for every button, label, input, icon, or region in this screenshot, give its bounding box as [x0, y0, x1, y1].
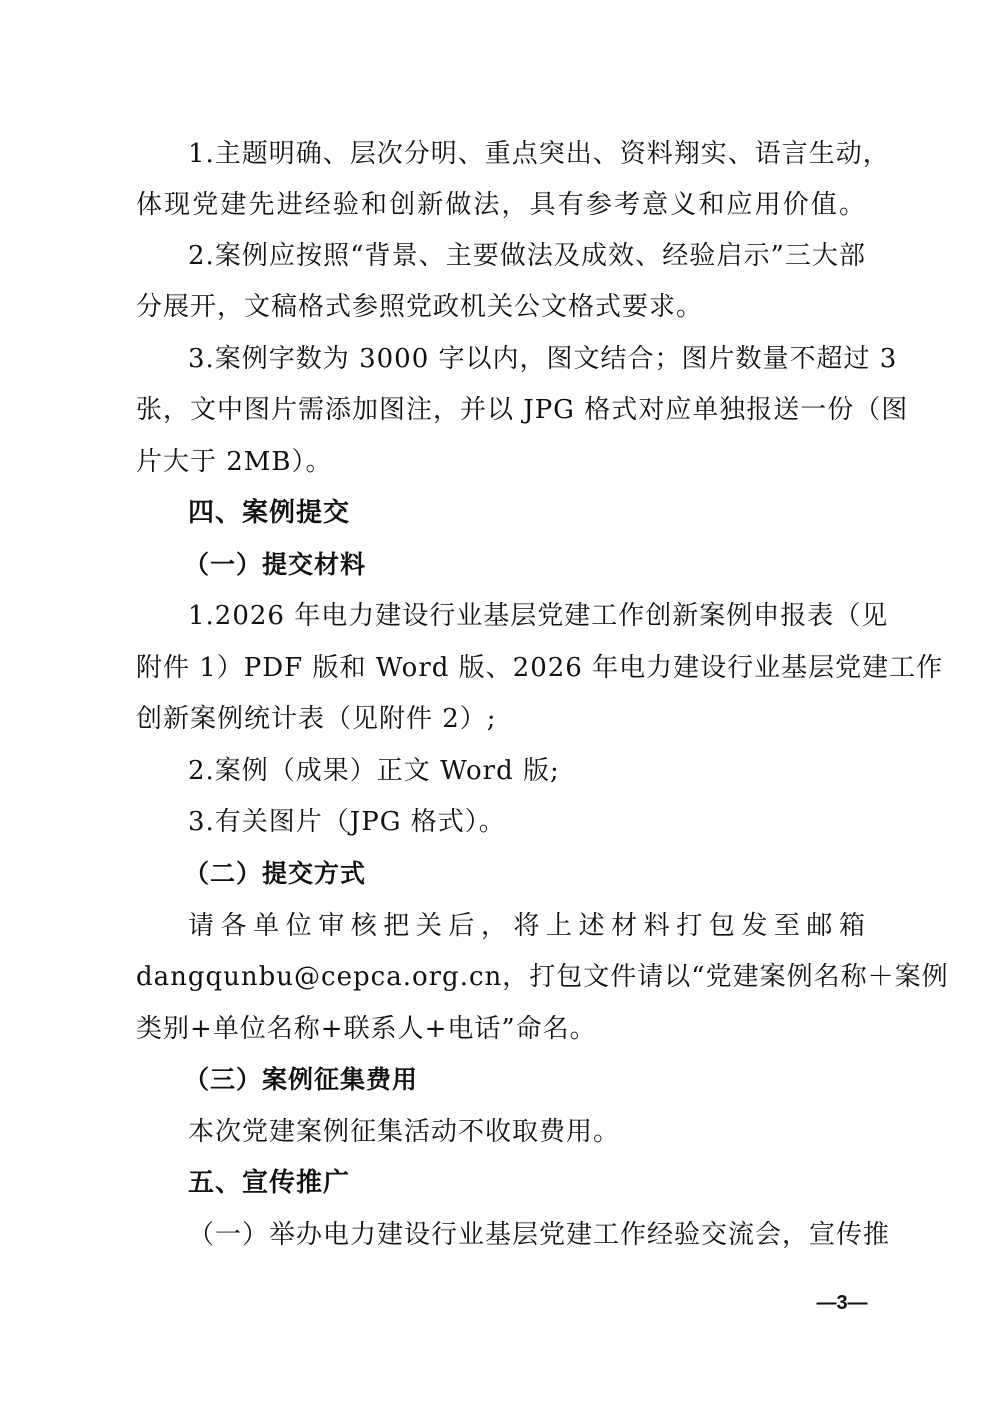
- material-1-line-1: 1.2026 年电力建设行业基层党建工作创新案例申报表（见: [188, 600, 866, 632]
- section-4-3-heading: （三）案例征集费用: [184, 1064, 862, 1096]
- section-4-2-heading: （二）提交方式: [184, 858, 862, 890]
- submission-method-line-2: dangqunbu@cepca.org.cn，打包文件请以“党建案例名称＋案例: [136, 961, 866, 993]
- material-2-line: 2.案例（成果）正文 Word 版;: [188, 755, 866, 787]
- material-1-line-3: 创新案例统计表（见附件 2）;: [136, 703, 866, 735]
- material-1-line-2: 附件 1）PDF 版和 Word 版、2026 年电力建设行业基层党建工作: [136, 652, 866, 684]
- section-5-heading: 五、宣传推广: [188, 1167, 866, 1199]
- requirement-1-line-1: 1.主题明确、层次分明、重点突出、资料翔实、语言生动，: [188, 138, 866, 170]
- material-3-line: 3.有关图片（JPG 格式）。: [188, 806, 866, 838]
- requirement-2-line-1: 2.案例应按照“背景、主要做法及成效、经验启示”三大部: [188, 240, 866, 272]
- requirement-1-line-2: 体现党建先进经验和创新做法，具有参考意义和应用价值。: [136, 189, 866, 221]
- requirement-2-line-2: 分展开，文稿格式参照党政机关公文格式要求。: [136, 291, 866, 323]
- fee-statement: 本次党建案例征集活动不收取费用。: [188, 1116, 866, 1148]
- section-4-heading: 四、案例提交: [188, 497, 866, 529]
- requirement-3-line-1: 3.案例字数为 3000 字以内，图文结合；图片数量不超过 3: [188, 343, 866, 375]
- promotion-1-line-1: （一）举办电力建设行业基层党建工作经验交流会，宣传推: [188, 1219, 866, 1251]
- submission-method-line-1: 请各单位审核把关后，将上述材料打包发至邮箱: [188, 910, 866, 942]
- requirement-3-line-2: 张，文中图片需添加图注，并以 JPG 格式对应单独报送一份（图: [136, 394, 866, 426]
- submission-method-line-3: 类别+单位名称+联系人+电话”命名。: [136, 1013, 866, 1045]
- page-number: —3—: [812, 1292, 872, 1315]
- document-page: 1.主题明确、层次分明、重点突出、资料翔实、语言生动， 体现党建先进经验和创新做…: [0, 0, 992, 1403]
- section-4-1-heading: （一）提交材料: [184, 549, 862, 581]
- requirement-3-line-3: 片大于 2MB）。: [136, 446, 866, 478]
